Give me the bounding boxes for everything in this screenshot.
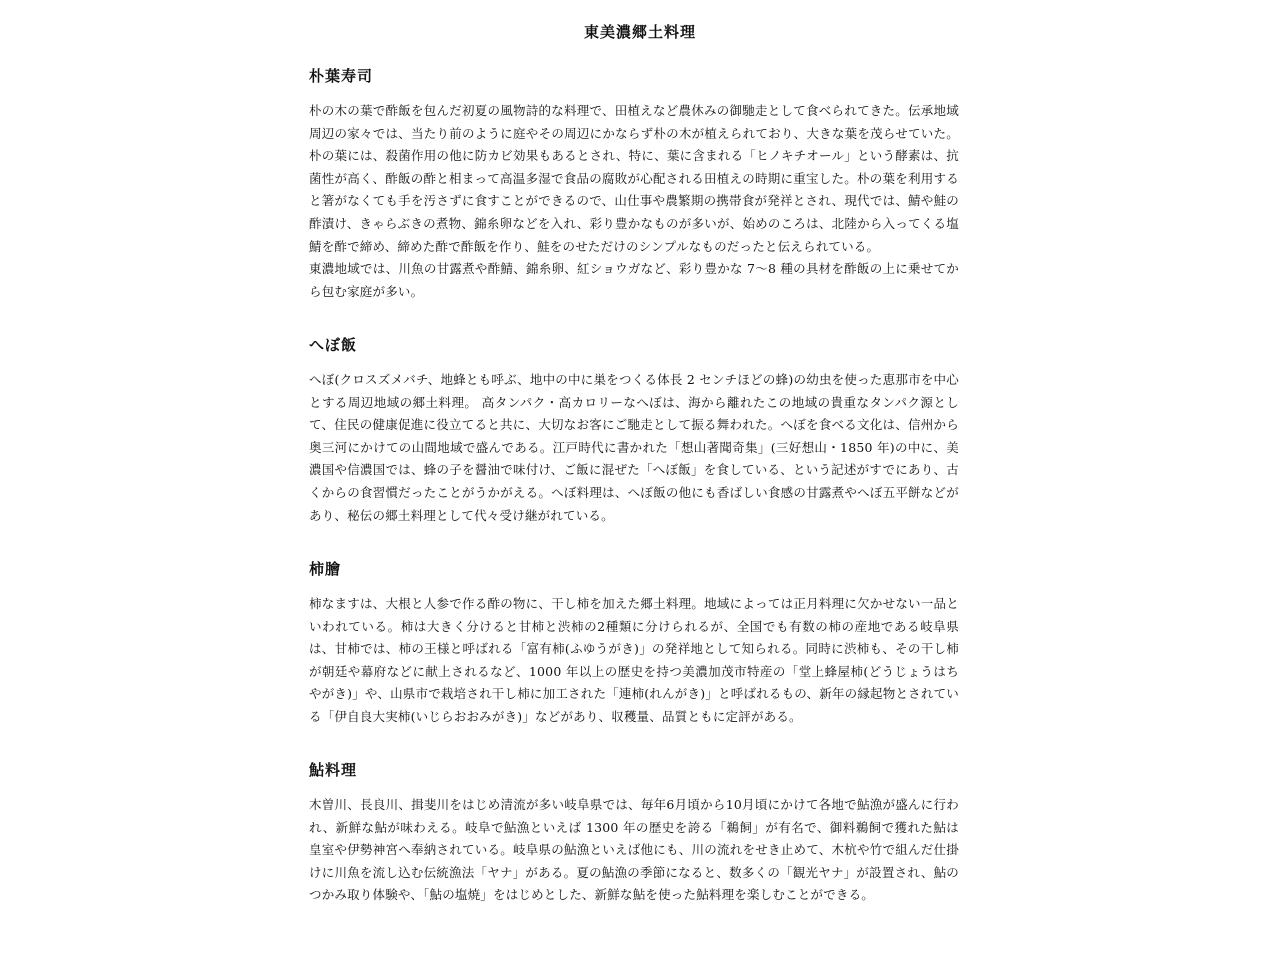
section-hebo-meshi: へぼ飯 へぼ(クロスズメバチ、地蜂とも呼ぶ、地中の中に巣をつくる体長 2 センチ… xyxy=(309,335,959,527)
section-heading: 鮎料理 xyxy=(309,760,959,780)
paragraph: 柿なますは、大根と人参で作る酢の物に、干し柿を加えた郷土料理。地域によっては正月… xyxy=(309,593,959,729)
section-heading: へぼ飯 xyxy=(309,335,959,355)
section-body: 木曽川、長良川、揖斐川をはじめ清流が多い岐阜県では、毎年6月頃から10月頃にかけ… xyxy=(309,794,959,907)
section-body: 柿なますは、大根と人参で作る酢の物に、干し柿を加えた郷土料理。地域によっては正月… xyxy=(309,593,959,729)
section-kaki-namasu: 柿膾 柿なますは、大根と人参で作る酢の物に、干し柿を加えた郷土料理。地域によって… xyxy=(309,559,959,729)
paragraph: 東濃地域では、川魚の甘露煮や酢鯖、錦糸卵、紅ショウガなど、彩り豊かな 7～8 種… xyxy=(309,258,959,303)
section-body: 朴の木の葉で酢飯を包んだ初夏の風物詩的な料理で、田植えなど農休みの御馳走として食… xyxy=(309,100,959,303)
paragraph: へぼ(クロスズメバチ、地蜂とも呼ぶ、地中の中に巣をつくる体長 2 センチほどの蜂… xyxy=(309,369,959,527)
paragraph: 木曽川、長良川、揖斐川をはじめ清流が多い岐阜県では、毎年6月頃から10月頃にかけ… xyxy=(309,794,959,907)
paragraph: 朴の木の葉で酢飯を包んだ初夏の風物詩的な料理で、田植えなど農休みの御馳走として食… xyxy=(309,100,959,258)
document-page: 東美濃郷土料理 朴葉寿司 朴の木の葉で酢飯を包んだ初夏の風物詩的な料理で、田植え… xyxy=(0,0,1280,960)
section-heading: 柿膾 xyxy=(309,559,959,579)
section-body: へぼ(クロスズメバチ、地蜂とも呼ぶ、地中の中に巣をつくる体長 2 センチほどの蜂… xyxy=(309,369,959,527)
document-title: 東美濃郷土料理 xyxy=(0,22,1280,42)
section-ayu-ryori: 鮎料理 木曽川、長良川、揖斐川をはじめ清流が多い岐阜県では、毎年6月頃から10月… xyxy=(309,760,959,907)
section-hoba-sushi: 朴葉寿司 朴の木の葉で酢飯を包んだ初夏の風物詩的な料理で、田植えなど農休みの御馳… xyxy=(309,66,959,303)
section-heading: 朴葉寿司 xyxy=(309,66,959,86)
